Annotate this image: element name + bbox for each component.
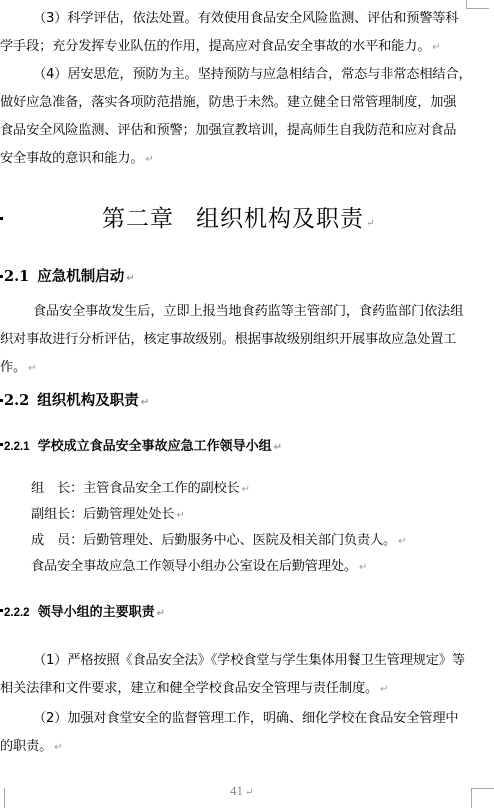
- paragraph-line: 食品安全风险监测、评估和预警；加强宣教培训，提高师生自我防范和应对食品: [0, 120, 456, 142]
- heading-bullet-icon: [0, 609, 3, 612]
- heading-bullet-icon: [0, 443, 3, 446]
- paragraph-line: （2）加强对食堂安全的监督管理工作，明确、细化学校在食品安全管理中: [33, 708, 458, 730]
- crop-mark-top-right: [466, 0, 489, 9]
- paragraph-mark-icon: ↵: [145, 154, 153, 165]
- paragraph-line: 学手段；充分发挥专业队伍的作用，提高应对食品安全事故的水平和能力。↵: [0, 36, 440, 59]
- crop-mark-bottom-right: [471, 788, 494, 808]
- chapter-title: 第二章组织机构及职责↵: [102, 200, 375, 233]
- paragraph-line: 相关法律和文件要求，建立和健全学校食品安全管理与责任制度。↵: [0, 678, 388, 701]
- heading-bullet-icon: [0, 275, 3, 278]
- crop-mark-bottom-left: [0, 788, 5, 808]
- paragraph-line: 织对事故进行分析评估，核定事故级别。根据事故级别组织开展事故应急处置工: [0, 329, 456, 351]
- team-leader-line: 组 长：主管食品安全工作的副校长↵: [31, 478, 250, 501]
- heading-bullet-icon: [0, 399, 3, 402]
- paragraph-line: 做好应急准备，落实各项防范措施，防患于未然。建立健全日常管理制度，加强: [0, 92, 456, 114]
- paragraph-line: 食品安全事故发生后，立即上报当地食药监等主管部门，食药监部门依法组: [33, 301, 463, 323]
- section-heading-2-2: 2.2组织机构及职责↵: [4, 389, 149, 410]
- paragraph-mark-icon: ↵: [366, 218, 375, 229]
- paragraph-line: 作。↵: [0, 357, 36, 380]
- document-page: （3）科学评估，依法处置。有效使用食品安全风险监测、评估和预警等科 学手段；充分…: [0, 0, 494, 808]
- page-number: 41↵: [230, 783, 253, 799]
- paragraph-line: 安全事故的意识和能力。↵: [0, 148, 154, 171]
- section-heading-2-2-2: 2.2.2领导小组的主要职责↵: [4, 601, 165, 620]
- paragraph-line: （3）科学评估，依法处置。有效使用食品安全风险监测、评估和预警等科: [33, 8, 458, 30]
- office-line: 食品安全事故应急工作领导小组办公室设在后勤管理处。↵: [31, 556, 367, 579]
- members-line: 成 员：后勤管理处、后勤服务中心、医院及相关部门负责人。↵: [31, 530, 406, 553]
- section-heading-2-1: 2.1应急机制启动↵: [4, 265, 135, 286]
- paragraph-line: 的职责。↵: [0, 736, 62, 759]
- deputy-leader-line: 副组长：后勤管理处处长↵: [31, 504, 185, 527]
- paragraph-mark-icon: ↵: [432, 42, 440, 53]
- paragraph-line: （1）严格按照《食品安全法》《学校食堂与学生集体用餐卫生管理规定》等: [33, 650, 465, 672]
- section-heading-2-2-1: 2.2.1学校成立食品安全事故应急工作领导小组↵: [4, 435, 282, 454]
- heading-bullet-icon: [0, 217, 3, 220]
- paragraph-line: （4）居安思危，预防为主。坚持预防与应急相结合，常态与非常态相结合，: [33, 64, 471, 86]
